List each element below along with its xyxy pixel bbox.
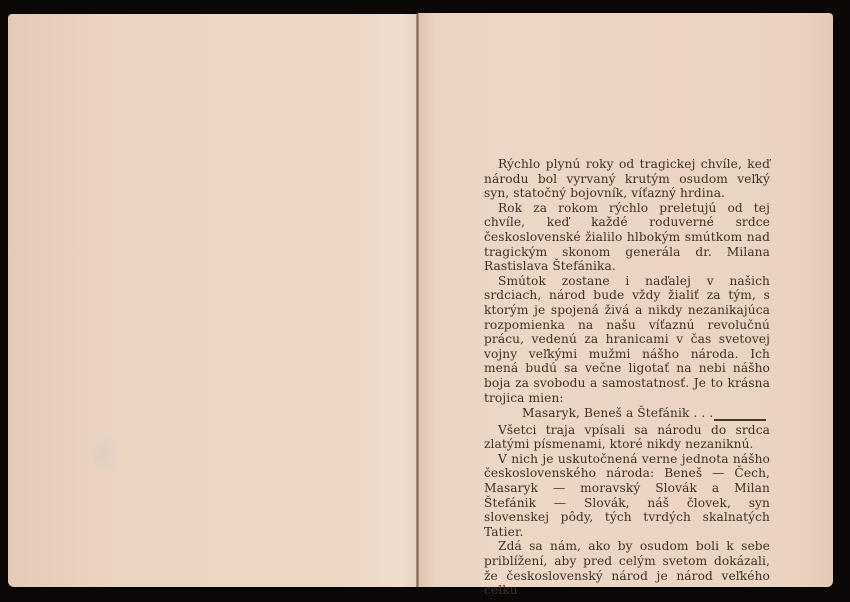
paragraph-3: Smútok zostane i naďalej v našich srdcia… <box>484 274 770 405</box>
booklet-spine <box>416 14 419 587</box>
left-page <box>8 14 418 587</box>
paragraph-5: V nich je uskutočnená verne jednota nášh… <box>484 452 770 540</box>
paragraph-1: Rýchlo plynú roky od tragickej chvíle, k… <box>484 157 770 201</box>
right-page-text: Rýchlo plynú roky od tragickej chvíle, k… <box>484 157 770 598</box>
paragraph-4: Všetci traja vpísali sa národu do srdca … <box>484 423 770 452</box>
names-text: Masaryk, Beneš a Štefánik . . . <box>522 406 713 420</box>
decorative-rule <box>714 419 766 421</box>
paragraph-2: Rok za rokom rýchlo preletujú od tej chv… <box>484 201 770 274</box>
names-line: Masaryk, Beneš a Štefánik . . . <box>484 406 770 421</box>
paragraph-6: Zdá sa nám, ako by osudom boli k sebe pr… <box>484 539 770 597</box>
paper-smudge <box>90 434 120 474</box>
